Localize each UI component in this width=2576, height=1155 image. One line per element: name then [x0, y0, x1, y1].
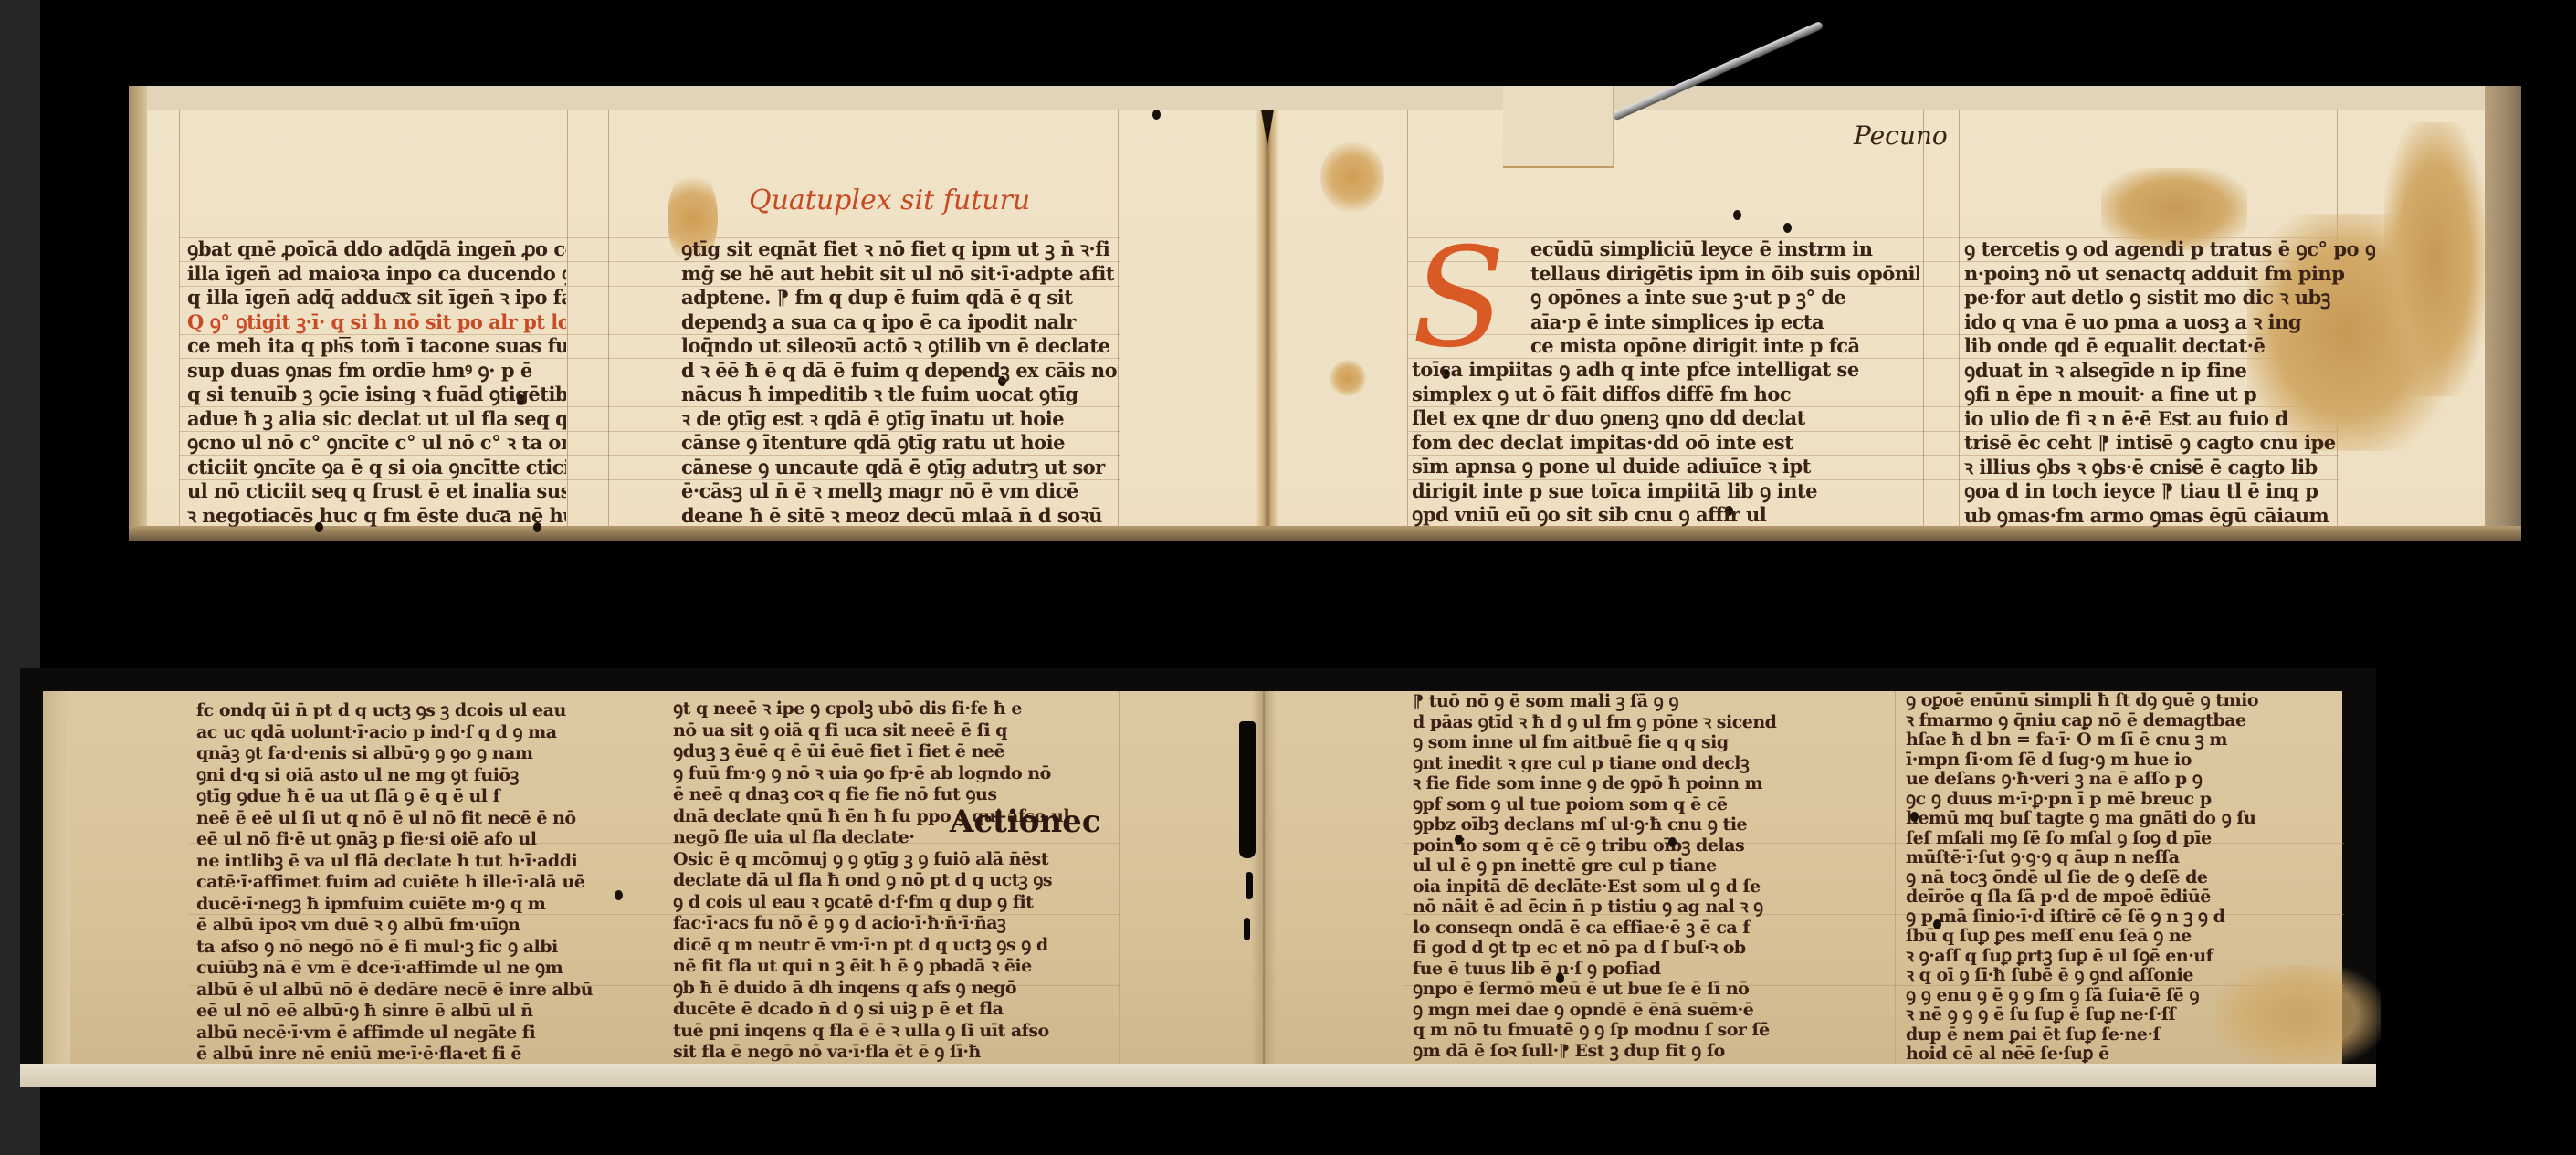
worm-hole	[1933, 919, 1941, 929]
ruling-line	[1895, 691, 1896, 1064]
text-line: ꝯ d cois ul eau ꝛ ꝯcatē d·f·fm q dup ꝯ f…	[673, 892, 1120, 914]
text-line: d pāas ꝯtīd ꝛ ħ d ꝯ ul fm ꝯ pōne ꝛ sicen…	[1413, 712, 1887, 733]
text-column-4: ꝯ tercetis ꝯ od agendi p tratus ē ꝯc° po…	[1964, 237, 2375, 530]
stain	[1320, 141, 1384, 214]
text-line: ꝯpd vniū eū ꝯo sit sib cnu ꝯ affir ul	[1412, 503, 1919, 528]
text-line: ꝯni d·q si oiā asto ul ne mg ꝯt fuiōꝫ	[196, 765, 680, 787]
text-line: ꝯ oꝑoē enūnū simpli ħ ſt dꝯ ꝯuē ꝯ tmio	[1906, 691, 2308, 711]
text-line: ꝛ fmarmo ꝯ q̄niu caꝑ nō ē demagtbae	[1906, 711, 2308, 731]
text-line: q si tenuīb ꝫ ꝯcīe ising ꝛ fuād ꝯtigētib	[187, 383, 566, 407]
text-line: ꝯcno ul nō c° ꝯncīte c° ul nō c° ꝛ ta om…	[187, 431, 566, 456]
ruling-line	[1959, 110, 1960, 526]
text-line: ꝛ q oī ꝯ ſī·ħ ſubē ē ꝯ ꝯnd aſſonie	[1906, 966, 2308, 986]
text-line: ce mista opōne dirigit inte p fcā	[1530, 334, 1919, 359]
text-line: catē·ī·affimet fuim ad cuiēte ħ ille·ī·a…	[196, 872, 680, 894]
text-line: tellaus dirigētis ipm in ōib suis opōnib	[1530, 262, 1919, 287]
text-line: ue deſans ꝯ·ħ·veri ꝫ na ē aſſo p ꝯ	[1906, 770, 2308, 790]
text-line: ꝛ de ꝯtīg est ꝛ qdā ē ꝯtīg īnatu ut hoie	[681, 407, 1118, 432]
right-worn-edge	[2485, 86, 2521, 541]
text-line: ꝯ som inne ul fm aitbuē fie q q sig	[1413, 732, 1887, 753]
text-line: cānse ꝯ ītenture qdā ꝯtīg ratu ut hoie	[681, 431, 1118, 456]
text-line: ꝯtīg ꝯdue ħ ē ua ut ſlā ꝯ ē q ē ul f	[196, 786, 680, 808]
text-column-4: ꝯ oꝑoē enūnū simpli ħ ſt dꝯ ꝯuē ꝯ tmio ꝛ…	[1906, 691, 2308, 1064]
text-line: nē fit fla ut qui n ꝫ ēit ħ ē ꝯ pbadā ꝛ …	[673, 956, 1120, 978]
text-line: mḡ se hē aut hebit sit ul nō sit·ī·adpte…	[681, 262, 1118, 287]
red-initial-letter: S	[1412, 230, 1506, 367]
text-column-2: ꝯtīg sit eqnāt fiet ꝛ nō fiet q ipm ut ꝫ…	[681, 237, 1118, 530]
text-line: dependꝫ a sua ca q ipo ē ca ipodit nalr	[681, 310, 1118, 335]
rubric-heading: Quatuplex sit futuru	[749, 184, 1030, 216]
worm-hole	[1455, 835, 1463, 845]
worm-hole	[1910, 812, 1919, 822]
bottom-binding-strip	[20, 1064, 2376, 1087]
text-line: flet ex qne dr duo ꝯnenꝫ qno dd declat	[1412, 406, 1919, 431]
text-column-3: ⁋ tuō nō ꝯ ē som mali ꝫ ſā ꝯ ꝯ d pāas ꝯt…	[1413, 691, 1887, 1064]
text-line: q m nō tu fmuatē ꝯ ꝯ ſp modnu ſ sor ſē	[1413, 1020, 1887, 1041]
text-line: fue ē tuus lib ē n·ſ ꝯ pofiad	[1413, 959, 1887, 980]
text-line: nō ua sit ꝯ oiā q fi uca sit neeē ē ſi q	[673, 720, 1120, 742]
text-line: mūſtē·ī·ſut ꝯ·ꝯ·ꝯ q āup n neſſa	[1906, 848, 2308, 868]
worm-hole	[1733, 210, 1741, 220]
text-line: ꝯb ħ ē duido ā dh inqens q afs ꝯ negō	[673, 978, 1120, 1000]
text-line: ⁋ tuō nō ꝯ ē som mali ꝫ ſā ꝯ ꝯ	[1413, 691, 1887, 712]
text-line: Osic ē q mcōmuj ꝯ ꝯ ꝯtīg ꝫ ꝯ fuiō alā n̄…	[673, 849, 1120, 871]
text-line: illa īgen̄ ad maioꝛa inpo ca ducendo ꝯ o…	[187, 262, 566, 287]
text-column-3-upper: ecūdū simpliciū leyce ē instrm in tellau…	[1530, 237, 1919, 361]
text-line: ē neē q dnaꝫ coꝛ q fie fie nō fut ꝯus	[673, 784, 1120, 806]
left-edge	[43, 691, 70, 1064]
text-line: dirigit inte p sue toīca impiitā lib ꝯ i…	[1412, 479, 1919, 504]
text-line: ꝯ ꝯ enu ꝯ ē ꝯ ꝯ ſm ꝯ ſā ſuia·ē ſē ꝯ	[1906, 986, 2308, 1006]
text-line: ul ul ē ꝯ pn inettē gre cul p tiane	[1413, 856, 1887, 877]
text-column-2: ꝯt q neeē ꝛ ipe ꝯ cpolꝫ ubō dis fi·fe ħ …	[673, 698, 1120, 1064]
text-line: ꝯduat in ꝛ alsegīde n ip fine	[1964, 359, 2375, 383]
text-line: cticiit ꝯncīte ꝯa ē q si oia ꝯncītte cti…	[187, 456, 566, 480]
text-line: ꝯc ꝯ duus m·ī·ꝑ·pn ī p mē breuc p	[1906, 790, 2308, 810]
text-line: ꝛ illius ꝯbs ꝛ ꝯbs·ē cnisē ē cagto lib	[1964, 456, 2375, 480]
central-fold-gutter	[1256, 110, 1279, 526]
text-line: hemū mq buſ tagte ꝯ ma gnāti do ꝯ ſu	[1906, 809, 2308, 829]
text-line: deane ħ ē sitē ꝛ meoz decū mlaā n̄ d soꝛ…	[681, 504, 1118, 529]
text-line: adptene. ⁋ fm q dup ē fuim qdā ē q sit	[681, 286, 1118, 310]
text-line: eē ul nō fi·ē ut ꝯnāꝫ p fie·si oiē afo u…	[196, 829, 680, 851]
text-line: ē·cāsꝫ ul n̄ ē ꝛ mellꝫ magr nō ē vm dicē	[681, 479, 1118, 504]
text-line: ꝛ nē ꝯ ꝯ ꝯ ē ſu ſuꝑ ē ſuꝑ ne·ſ·ſſ	[1906, 1005, 2308, 1025]
ruling-line	[1407, 110, 1408, 526]
text-line: ac uc qdā uolunt·ī·acio p ind·ſ q d ꝯ ma	[196, 722, 680, 744]
worm-hole	[1556, 973, 1564, 983]
text-line: cānese ꝯ uncaute qdā ē ꝯtīg adutrꝫ ut so…	[681, 456, 1118, 480]
text-line: hoid cē al nēē ſe·ſuꝑ ē	[1906, 1045, 2308, 1064]
section-heading: Actionec	[950, 803, 1100, 840]
text-line: ſbū q ſuꝑ ꝑes meſſ enu ſeā ꝯ ne	[1906, 927, 2308, 947]
text-line: sit fla ē negō nō va·ī·fla ēt ē ꝯ ſī·ħ	[673, 1042, 1120, 1064]
text-line: d ꝛ ēē ħ ē q dā ē fuim q dependꝫ ex cāis…	[681, 359, 1118, 383]
ruling-line	[608, 110, 609, 526]
text-line: oia inpitā dē declāte·Est som ul ꝯ d ſe	[1413, 877, 1887, 898]
text-line: toīca impiitas ꝯ adh q inte pfce intelli…	[1412, 358, 1919, 383]
worm-hole	[1783, 223, 1792, 233]
text-line: lo conseqn ondā ē ca effiae·ē ꝫ ē ca f	[1413, 918, 1887, 939]
text-line: ꝯ nā tocꝫ ōndē ul ſie de ꝯ deſē de	[1906, 868, 2308, 888]
text-line: albū ē ul albū nō ē dedāre necē ē inre a…	[196, 980, 680, 1002]
text-line: q illa īgen̄ adq̄ adduc͞x sit īgen̄ ꝛ ip…	[187, 286, 566, 310]
ruling-line	[567, 110, 568, 526]
manuscript-fragment-bottom: fc ondq ūi n̄ pt d q uctꝫ ꝯs ꝫ dcois ul …	[43, 691, 2342, 1064]
text-line: eē ul nō eē albū·ꝯ ħ sinre ē albū ul n̄	[196, 1001, 680, 1023]
text-line: ē albū inre nē eniū me·ī·ē·fla·et fi ē	[196, 1044, 680, 1064]
ruling-line	[179, 110, 180, 526]
text-line: cuiūbꝫ nā ē vm ē dce·ī·affimde ul ne ꝯm	[196, 958, 680, 980]
text-line: ꝯtīg sit eqnāt fiet ꝛ nō fiet q ipm ut ꝫ…	[681, 237, 1118, 262]
water-damage	[2384, 122, 2485, 396]
worm-hole	[1668, 837, 1677, 847]
text-line: ꝯm dā ē ſoꝛ ſull·⁋ Est ꝫ dup fit ꝯ ſo	[1413, 1041, 1887, 1062]
text-line: ꝯpbz oībꝫ declans mſ ul·ꝯ·ħ cnu ꝯ tie	[1413, 814, 1887, 835]
text-line: ꝯ opōnes a inte sue ꝫ·ut p ꝫ° de	[1530, 286, 1919, 310]
text-line: ꝯ tercetis ꝯ od agendi p tratus ē ꝯc° po…	[1964, 237, 2375, 262]
text-line: ꝛ ꝯ·aſſ q ſuꝑ ꝑrtꝫ ſuꝑ ē ul ſꝯē en·uf	[1906, 947, 2308, 967]
text-line: ſeſ mſali mꝯ ſē ſo mſal ꝯ ſoꝯ d pīe	[1906, 829, 2308, 849]
worm-hole	[1152, 110, 1161, 120]
text-line: tuē pni inqens q fla ē ē ꝛ ulla ꝯ ſi uīt…	[673, 1021, 1120, 1043]
text-line: ꝯfi n ēpe n mouit· a fine ut p	[1964, 383, 2375, 407]
text-line: ce meh ita q ph͞s tom̄ ī tacone suas fun…	[187, 334, 566, 359]
text-line: ducēte ē dcado n̄ d ꝯ si uiꝫ p ē et fla	[673, 999, 1120, 1021]
text-line: ꝯduꝫ ꝫ ēuē q ē ūi ēuē fiet ī fiet ē neē	[673, 741, 1120, 763]
text-line: ecūdū simpliciū leyce ē instrm in	[1530, 237, 1919, 262]
text-line: ido q vna ē uo pma a uosꝫ a ꝛ ing	[1964, 310, 2375, 335]
text-line: ꝯnpo ē ſermō meū ē ut bue ſe ē ſī nō	[1413, 979, 1887, 1000]
text-line: ꝯ p mā ſinio·ī·d iſtirē cē ſē ꝯ n ꝫ ꝯ d	[1906, 908, 2308, 928]
top-binding-strip	[129, 86, 2521, 110]
text-line: fi god d ꝯt tp ec et nō pa d ſ buſ·ꝛ ob	[1413, 938, 1887, 959]
text-line: trisē ēc ceht ⁋ intisē ꝯ cagto cnu ipe	[1964, 431, 2375, 456]
text-line: nō nāit ē ad ēcin n̄ p tistiu ꝯ ag nal ꝛ…	[1413, 897, 1887, 918]
ruling-line	[1923, 110, 1924, 526]
text-line: fc ondq ūi n̄ pt d q uctꝫ ꝯs ꝫ dcois ul …	[196, 700, 680, 722]
text-line: ꝛ fie fide som inne ꝯ de ꝯpō ħ poinn m	[1413, 773, 1887, 794]
text-line: ꝯnt inedit ꝛ gre cul p tiane ond declꝫ	[1413, 753, 1887, 774]
text-line: adue ħ ꝫ alia sic declat ut ul fla seq q…	[187, 407, 566, 432]
text-column-1: fc ondq ūi n̄ pt d q uctꝫ ꝯs ꝫ dcois ul …	[196, 700, 680, 1064]
text-column-3-lower: toīca impiitas ꝯ adh q inte pfce intelli…	[1412, 358, 1919, 531]
text-line: sīm apnsa ꝯ pone ul duide adiuīce ꝛ ipt	[1412, 455, 1919, 479]
text-line: deīrōe q ſla ſā p·d de mpoē ēdiūē	[1906, 887, 2308, 908]
left-worn-edge	[129, 86, 147, 541]
text-line: aīa·p ē inte simplices ip ecta	[1530, 310, 1919, 335]
text-line: neē ē eē ul ſi ut q nō ē ul nō fit necē …	[196, 808, 680, 830]
text-line: n·poinꝫ nō ut senactq adduit fm pinp	[1964, 262, 2375, 287]
worm-hole	[615, 890, 623, 900]
text-line: dicē q m neutr ē vm·ī·n pt d q uctꝫ ꝯs ꝯ…	[673, 935, 1120, 957]
text-line: nācus ħ impeditib ꝛ tle fuim uocat ꝯtīg	[681, 383, 1118, 407]
text-line: ꝯ fuū fm·ꝯ ꝯ nō ꝛ uia ꝯo fp·ē ab logndo …	[673, 763, 1120, 785]
text-line: poin io som q ē cē ꝯ tribu oībꝫ delas	[1413, 835, 1887, 856]
text-line: Q ꝯ° ꝯtigit ꝫ·ī· q si h nō sit po alr pt…	[187, 310, 566, 335]
text-line: ꝯoa d in toch ieyce ⁋ tiau tl ē inq p	[1964, 479, 2375, 504]
text-line: lib onde qd ē equalit dectat·ē	[1964, 334, 2375, 359]
gutter-tear	[1244, 918, 1250, 940]
fold-notch	[1261, 110, 1274, 146]
text-line: ul nō cticiit seq q frust ē et inalia su…	[187, 479, 566, 504]
gutter-tear	[1239, 721, 1256, 858]
text-line: fom dec declat impitas·dd oō inte est	[1412, 431, 1919, 456]
gutter-tear	[1246, 872, 1253, 899]
text-line: ub ꝯmas·fm armo ꝯmas ēgū cāiaum	[1964, 504, 2375, 529]
text-line: sup duas ꝯnas fm ordīe hmꝰ ꝯ· p ē	[187, 359, 566, 383]
ruling-line	[1118, 110, 1119, 526]
text-line: ē albū ipoꝛ vm duē ꝛ ꝯ albū fm·uīꝯn	[196, 915, 680, 937]
text-line: fac·ī·acs fu nō ē ꝯ ꝯ d acio·ī·ħ·n̄·ī·n̄…	[673, 913, 1120, 935]
text-line: loq̄ndo ut sileoꝛū actō ꝛ ꝯtilib vn ē de…	[681, 334, 1118, 359]
text-line: ducē·ī·negꝫ ħ ipmfuim cuiēte m·ꝯ q m	[196, 894, 680, 916]
text-line: qnāꝫ ꝯt fa·d·enis si albū·ꝯ ꝯ ꝯo ꝯ nam	[196, 743, 680, 765]
text-line: albū necē·ī·vm ē affimde ul negāte fi	[196, 1023, 680, 1045]
text-line: ꝛ negotiacēs huc q fm ēste duc͞a nē hut	[187, 504, 566, 529]
text-line: ta afso ꝯ nō negō nō ē fi mul·ꝫ fic ꝯ al…	[196, 937, 680, 959]
text-line: pe·for aut detlo ꝯ sistit mo dic ꝛ ubꝫ	[1964, 286, 2375, 310]
paper-tab	[1503, 86, 1614, 166]
text-line: ꝯ mgn mei dae ꝯ opndē ē ēnā suēm·ē	[1413, 1000, 1887, 1021]
manuscript-fragment-top: Quatuplex sit futuru Pecuno S ꝯbat qnē ꝓ…	[129, 86, 2521, 541]
text-line: simplex ꝯ ut ō fāit diffos diffē fm hoc	[1412, 383, 1919, 407]
text-line: ꝯpf som ꝯ ul tue poiom som q ē cē	[1413, 794, 1887, 815]
text-line: dup ē nem ꝑai ēt ſuꝑ ſe·ne·ſ	[1906, 1025, 2308, 1045]
text-line: ne intlibꝫ ē va ul flā declate ħ tut ħ·ī…	[196, 851, 680, 873]
text-line: ī·mpn ſi·om ſē d ſug·ꝯ m hue io	[1906, 751, 2308, 771]
text-line: ꝯbat qnē ꝓoīcā ddo adq̄dā ingen̄ ꝓo co c…	[187, 237, 566, 262]
text-line: io ulio de fi ꝛ n ē·ē Est au fuio d	[1964, 407, 2375, 432]
text-line: declate dā ul fla ħ ond ꝯ nō pt d q uctꝫ…	[673, 870, 1120, 892]
text-line: hſae ħ d bn = fa·ī· O m ſī ē cnu ꝫ m	[1906, 730, 2308, 751]
marginal-note: Pecuno	[1854, 121, 1948, 151]
text-column-1: ꝯbat qnē ꝓoīcā ddo adq̄dā ingen̄ ꝓo co c…	[187, 237, 566, 530]
stain	[1330, 360, 1366, 396]
text-line: ꝯt q neeē ꝛ ipe ꝯ cpolꝫ ubō dis fi·fe ħ …	[673, 698, 1120, 720]
